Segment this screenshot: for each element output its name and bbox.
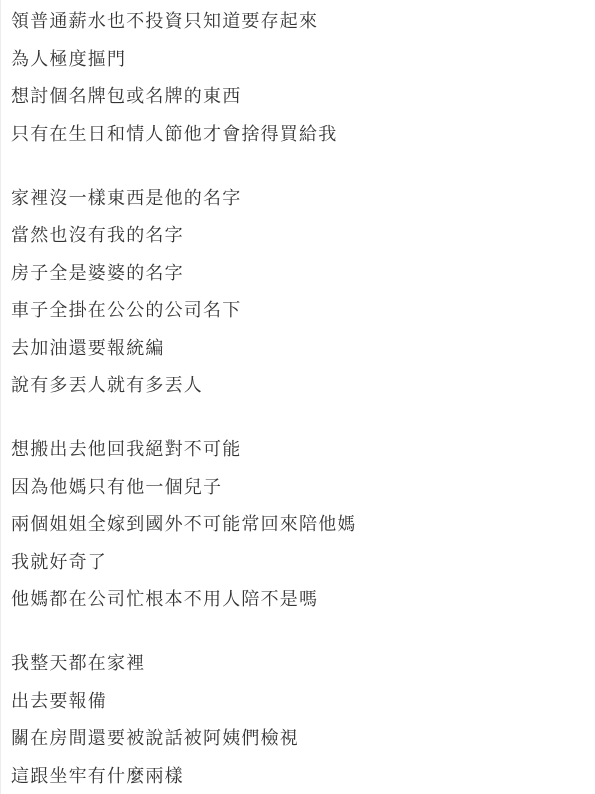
paragraph: 家裡沒一樣東西是他的名字 當然也沒有我的名字 房子全是婆婆的名字 車子全掛在公公… xyxy=(11,180,583,405)
post-line: 我整天都在家裡 xyxy=(11,645,583,683)
paragraph: 想搬出去他回我絕對不可能 因為他媽只有他一個兒子 兩個姐姐全嫁到國外不可能常回來… xyxy=(11,431,583,619)
paragraph: 領普通薪水也不投資只知道要存起來 為人極度摳門 想討個名牌包或名牌的東西 只有在… xyxy=(11,3,583,153)
post-line: 出去要報備 xyxy=(11,683,583,721)
post-line: 當然也沒有我的名字 xyxy=(11,217,583,255)
post-body: 領普通薪水也不投資只知道要存起來 為人極度摳門 想討個名牌包或名牌的東西 只有在… xyxy=(0,0,595,794)
post-line: 房子全是婆婆的名字 xyxy=(11,255,583,293)
post-line: 兩個姐姐全嫁到國外不可能常回來陪他媽 xyxy=(11,506,583,544)
post-line: 想搬出去他回我絕對不可能 xyxy=(11,431,583,469)
post-line: 關在房間還要被說話被阿姨們檢視 xyxy=(11,720,583,758)
post-line: 只有在生日和情人節他才會捨得買給我 xyxy=(11,116,583,154)
post-line: 車子全掛在公公的公司名下 xyxy=(11,292,583,330)
post-line: 因為他媽只有他一個兒子 xyxy=(11,469,583,507)
post-line: 領普通薪水也不投資只知道要存起來 xyxy=(11,3,583,41)
post-line: 去加油還要報統編 xyxy=(11,330,583,368)
post-line: 我就好奇了 xyxy=(11,544,583,582)
post-line: 為人極度摳門 xyxy=(11,41,583,79)
post-line: 想討個名牌包或名牌的東西 xyxy=(11,78,583,116)
post-line: 家裡沒一樣東西是他的名字 xyxy=(11,180,583,218)
post-line: 他媽都在公司忙根本不用人陪不是嗎 xyxy=(11,581,583,619)
post-line: 這跟坐牢有什麼兩樣 xyxy=(11,758,583,794)
post-line: 說有多丟人就有多丟人 xyxy=(11,367,583,405)
paragraph: 我整天都在家裡 出去要報備 關在房間還要被說話被阿姨們檢視 這跟坐牢有什麼兩樣 xyxy=(11,645,583,794)
